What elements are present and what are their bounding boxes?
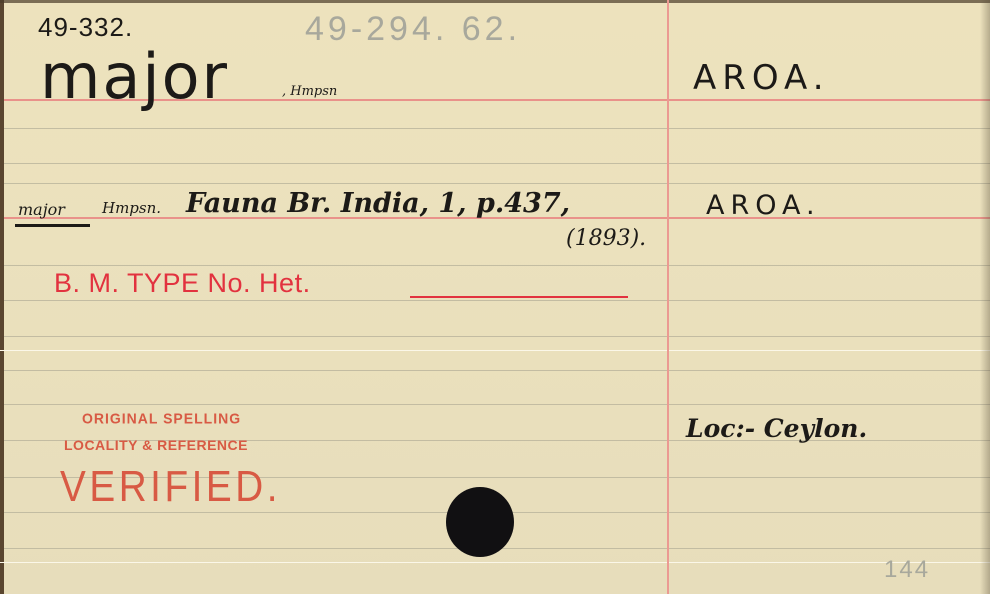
genus-header: AROA. (693, 58, 830, 98)
reference-author: Hmpsn. (102, 199, 161, 217)
reference-name-underline (15, 224, 90, 227)
stamp-original-spelling: ORIGINAL SPELLING (82, 410, 241, 427)
stamp-verified: VERIFIED. (60, 462, 281, 512)
ruled-line (4, 404, 990, 405)
ruled-line (4, 370, 990, 371)
index-card: 49-332. 49-294. 62. major , Hmpsn AROA. … (0, 0, 990, 594)
old-register-number: 49-294. 62. (305, 10, 521, 49)
punch-hole (446, 487, 514, 557)
species-author: , Hmpsn (282, 84, 337, 99)
bm-type-label: B. M. TYPE No. Het. (54, 268, 311, 299)
red-vertical-margin (667, 0, 669, 594)
reference-species-name: major (18, 200, 65, 219)
ruled-line (4, 265, 990, 266)
scan-line (0, 562, 990, 563)
register-number: 49-332. (38, 12, 133, 43)
bm-type-blank-line (410, 296, 628, 298)
ruled-line (4, 128, 990, 129)
reference-citation: Fauna Br. India, 1, p.437, (186, 188, 570, 219)
species-name: major (40, 40, 229, 113)
card-top-edge (0, 0, 990, 3)
ruled-line (4, 300, 990, 301)
reference-year: (1893). (566, 226, 646, 251)
locality-note: Loc:- Ceylon. (686, 414, 867, 443)
scan-line (0, 350, 990, 351)
stamp-locality-reference: LOCALITY & REFERENCE (64, 437, 248, 453)
page-number: 144 (884, 556, 930, 584)
ruled-line (4, 183, 990, 184)
genus-reference: AROA. (706, 190, 821, 221)
ruled-line (4, 163, 990, 164)
ruled-line (4, 336, 990, 337)
